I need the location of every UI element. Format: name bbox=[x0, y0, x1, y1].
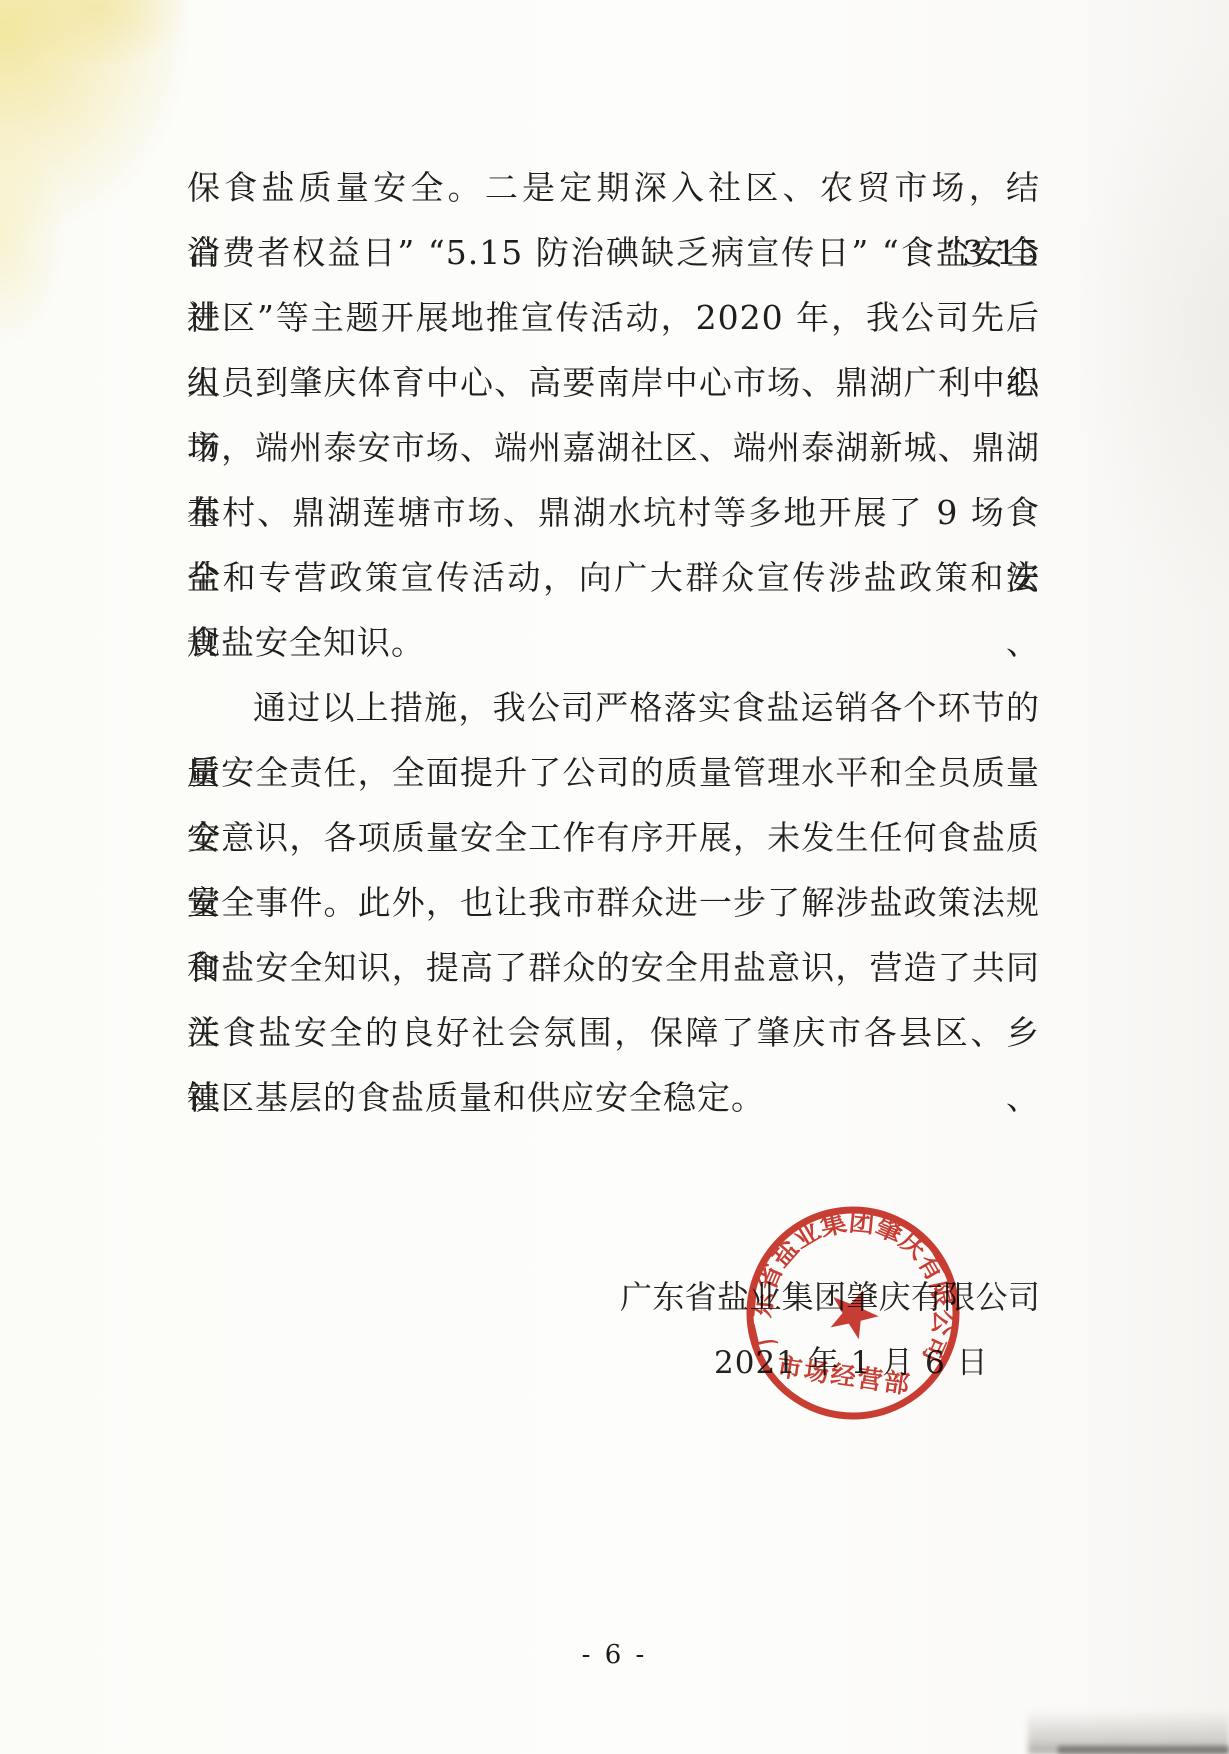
seal-star-icon bbox=[822, 1280, 886, 1343]
text-line: 量安全责任，全面提升了公司的质量管理水平和全员质量安 bbox=[187, 740, 1040, 805]
document-page: 保食盐质量安全。二是定期深入社区、农贸市场，结合“3.15 消费者权益日” “5… bbox=[0, 0, 1229, 1754]
text-line: 社区”等主题开展地推宣传活动，2020 年，我公司先后组织 bbox=[187, 285, 1040, 350]
text-line: 保食盐质量安全。二是定期深入社区、农贸市场，结合“3.15 bbox=[187, 155, 1040, 220]
seal-arc-text: 广东省盐业集团肇庆有限公司 bbox=[742, 1194, 972, 1377]
text-line: 全和专营政策宣传活动，向广大群众宣传涉盐政策和法规、 bbox=[187, 545, 1040, 610]
text-line: 注食盐安全的良好社会氛围，保障了肇庆市各县区、乡镇、 bbox=[187, 1000, 1040, 1065]
text-line: 基村、鼎湖莲塘市场、鼎湖水坑村等多地开展了 9 场食盐安 bbox=[187, 480, 1040, 545]
body-paragraphs: 保食盐质量安全。二是定期深入社区、农贸市场，结合“3.15 消费者权益日” “5… bbox=[187, 155, 1040, 1130]
text-line: 场，端州泰安市场、端州嘉湖社区、端州泰湖新城、鼎湖布 bbox=[187, 415, 1040, 480]
page-number: - 6 - bbox=[0, 1637, 1229, 1673]
text-line: 通过以上措施，我公司严格落实食盐运销各个环节的质 bbox=[187, 675, 1040, 740]
text-line: 人员到肇庆体育中心、高要南岸中心市场、鼎湖广利中心市 bbox=[187, 350, 1040, 415]
text-line: 安全事件。此外，也让我市群众进一步了解涉盐政策法规和 bbox=[187, 870, 1040, 935]
seal-department-text: 市场经营部 bbox=[775, 1352, 913, 1400]
svg-text:广东省盐业集团肇庆有限公司: 广东省盐业集团肇庆有限公司 bbox=[742, 1194, 972, 1377]
scan-smudge-edge bbox=[1058, 1746, 1229, 1754]
text-line: 食盐安全知识，提高了群众的安全用盐意识，营造了共同关 bbox=[187, 935, 1040, 1000]
text-line: 消费者权益日” “5.15 防治碘缺乏病宣传日” “食盐安全进 bbox=[187, 220, 1040, 285]
official-seal: 广东省盐业集团肇庆有限公司 市场经营部 bbox=[733, 1193, 973, 1433]
text-line: 全意识，各项质量安全工作有序开展，未发生任何食盐质量 bbox=[187, 805, 1040, 870]
